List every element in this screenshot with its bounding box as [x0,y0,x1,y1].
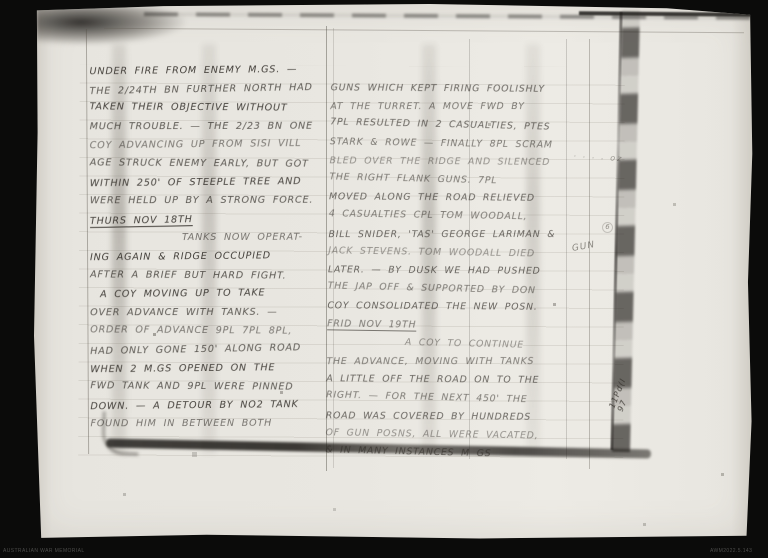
handwritten-line: WERE HELD UP BY A STRONG FORCE. [90,192,313,211]
handwritten-line: A COY MOVING UP TO TAKE [100,284,314,305]
handwritten-line: TAKEN THEIR OBJECTIVE WITHOUT [90,99,313,119]
handwritten-line: BILL SNIDER, 'TAS' GEORGE LARIMAN & [329,226,556,244]
handwritten-line: COY CONSOLIDATED THE NEW POSN. [327,298,554,318]
handwritten-line: WITHIN 250' OF STEEPLE TREE AND [90,172,314,193]
handwritten-line: DOWN. — A DETOUR BY NO2 TANK [90,396,314,417]
top-rule-line [104,28,744,33]
handwritten-line: COY ADVANCING UP FROM SISI VILL [90,135,314,156]
crease-line [589,39,590,469]
crease-line [566,39,567,459]
handwritten-line: MUCH TROUBLE. — THE 2/23 BN ONE [90,117,313,136]
handwritten-line: TANKS NOW OPERAT- [182,229,313,248]
handwriting-column-right: GUNS WHICH KEPT FIRING FOOLISHLYAT THE T… [325,78,557,464]
handwritten-line: FOUND HIM IN BETWEEN BOTH [90,415,313,434]
handwritten-line: HAD ONLY GONE 150' ALONG ROAD [90,339,314,362]
circled-mark-annotation: 6 [602,222,613,233]
handwritten-line: THE ADVANCE, MOVING WITH TANKS [327,353,554,371]
handwritten-line: WHEN 2 M.GS OPENED ON THE [90,358,314,379]
handwritten-line: STARK & ROWE — FINALLY 8PL SCRAM [330,133,557,155]
paper-speckles [34,4,35,5]
handwritten-line: 4 CASUALTIES CPL TOM WOODALL, [329,206,556,228]
handwritten-line: MOVED ALONG THE ROAD RELIEVED [329,188,556,208]
handwritten-line: FWD TANK AND 9PL WERE PINNED [90,377,313,397]
handwritten-line: OVER ADVANCE WITH TANKS. — [90,303,313,322]
handwritten-line: GUNS WHICH KEPT FIRING FOOLISHLY [331,79,558,99]
handwritten-line: & IN MANY INSTANCES M GS [325,441,552,465]
handwritten-line: ING AGAIN & RIDGE OCCUPIED [90,247,314,268]
paper-sheet: UNDER FIRE FROM ENEMY M.GS. —THE 2/24TH … [34,4,753,539]
handwritten-line: AFTER A BRIEF BUT HARD FIGHT. [90,266,313,286]
handwriting-column-left: UNDER FIRE FROM ENEMY M.GS. —THE 2/24TH … [90,62,314,434]
handwritten-line: AGE STRUCK ENEMY EARLY, BUT GOT [90,154,313,174]
handwritten-line: FRID NOV 19TH [327,315,554,337]
scanned-page-photo: UNDER FIRE FROM ENEMY M.GS. —THE 2/24TH … [0,0,768,558]
archive-caption: AUSTRALIAN WAR MEMORIAL [3,548,85,554]
reference-caption: AWM2022.5.143 [710,548,752,554]
handwritten-line: THURS NOV 18TH [90,209,314,232]
handwritten-line: ROAD WAS COVERED BY HUNDREDS [326,407,553,427]
